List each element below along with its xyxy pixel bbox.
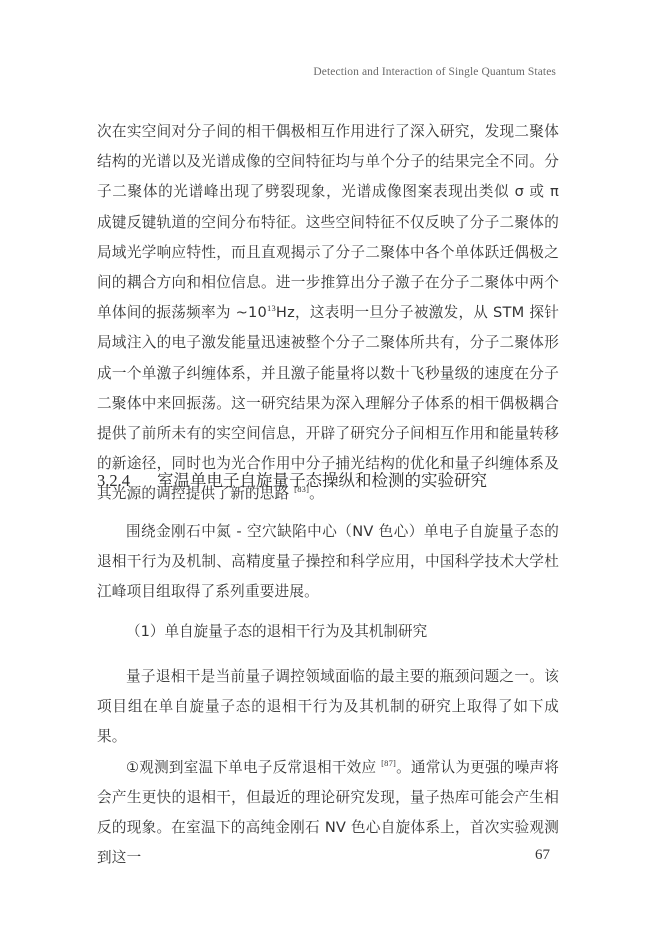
exponent: 13 [267, 303, 276, 313]
paragraph-text-part: 次在实空间对分子间的相干偶极相互作用进行了深入研究，发现二聚体结构的光谱以及光谱… [97, 123, 559, 321]
paragraph-nv-center-intro: 围绕金刚石中氮 - 空穴缺陷中心（NV 色心）单电子自旋量子态的退相干行为及机制… [97, 517, 559, 608]
paragraph-text: ①观测到室温下单电子反常退相干效应 [87]。通常认为更强的噪声将会产生更快的退… [97, 753, 559, 874]
section-number: 3.2.4 [97, 471, 157, 491]
paragraph-text: 量子退相干是当前量子调控领域面临的最主要的瓶颈问题之一。该项目组在单自旋量子态的… [97, 662, 559, 753]
paragraph-decoherence: 量子退相干是当前量子调控领域面临的最主要的瓶颈问题之一。该项目组在单自旋量子态的… [97, 662, 559, 873]
section-heading: 3.2.4室温单电子自旋量子态操纵和检测的实验研究 [97, 467, 487, 491]
paragraph-text: 次在实空间对分子间的相干偶极相互作用进行了深入研究，发现二聚体结构的光谱以及光谱… [97, 117, 559, 510]
paragraph-dimer-coherence: 次在实空间对分子间的相干偶极相互作用进行了深入研究，发现二聚体结构的光谱以及光谱… [97, 117, 559, 510]
paragraph-text: 围绕金刚石中氮 - 空穴缺陷中心（NV 色心）单电子自旋量子态的退相干行为及机制… [97, 517, 559, 608]
section-title: 室温单电子自旋量子态操纵和检测的实验研究 [157, 471, 487, 490]
subsection-heading: （1）单自旋量子态的退相干行为及其机制研究 [126, 620, 427, 641]
paragraph-text-part: ①观测到室温下单电子反常退相干效应 [126, 759, 381, 776]
page-number: 67 [535, 847, 550, 864]
citation-ref: [87] [381, 758, 396, 768]
running-header: Detection and Interaction of Single Quan… [313, 66, 556, 78]
